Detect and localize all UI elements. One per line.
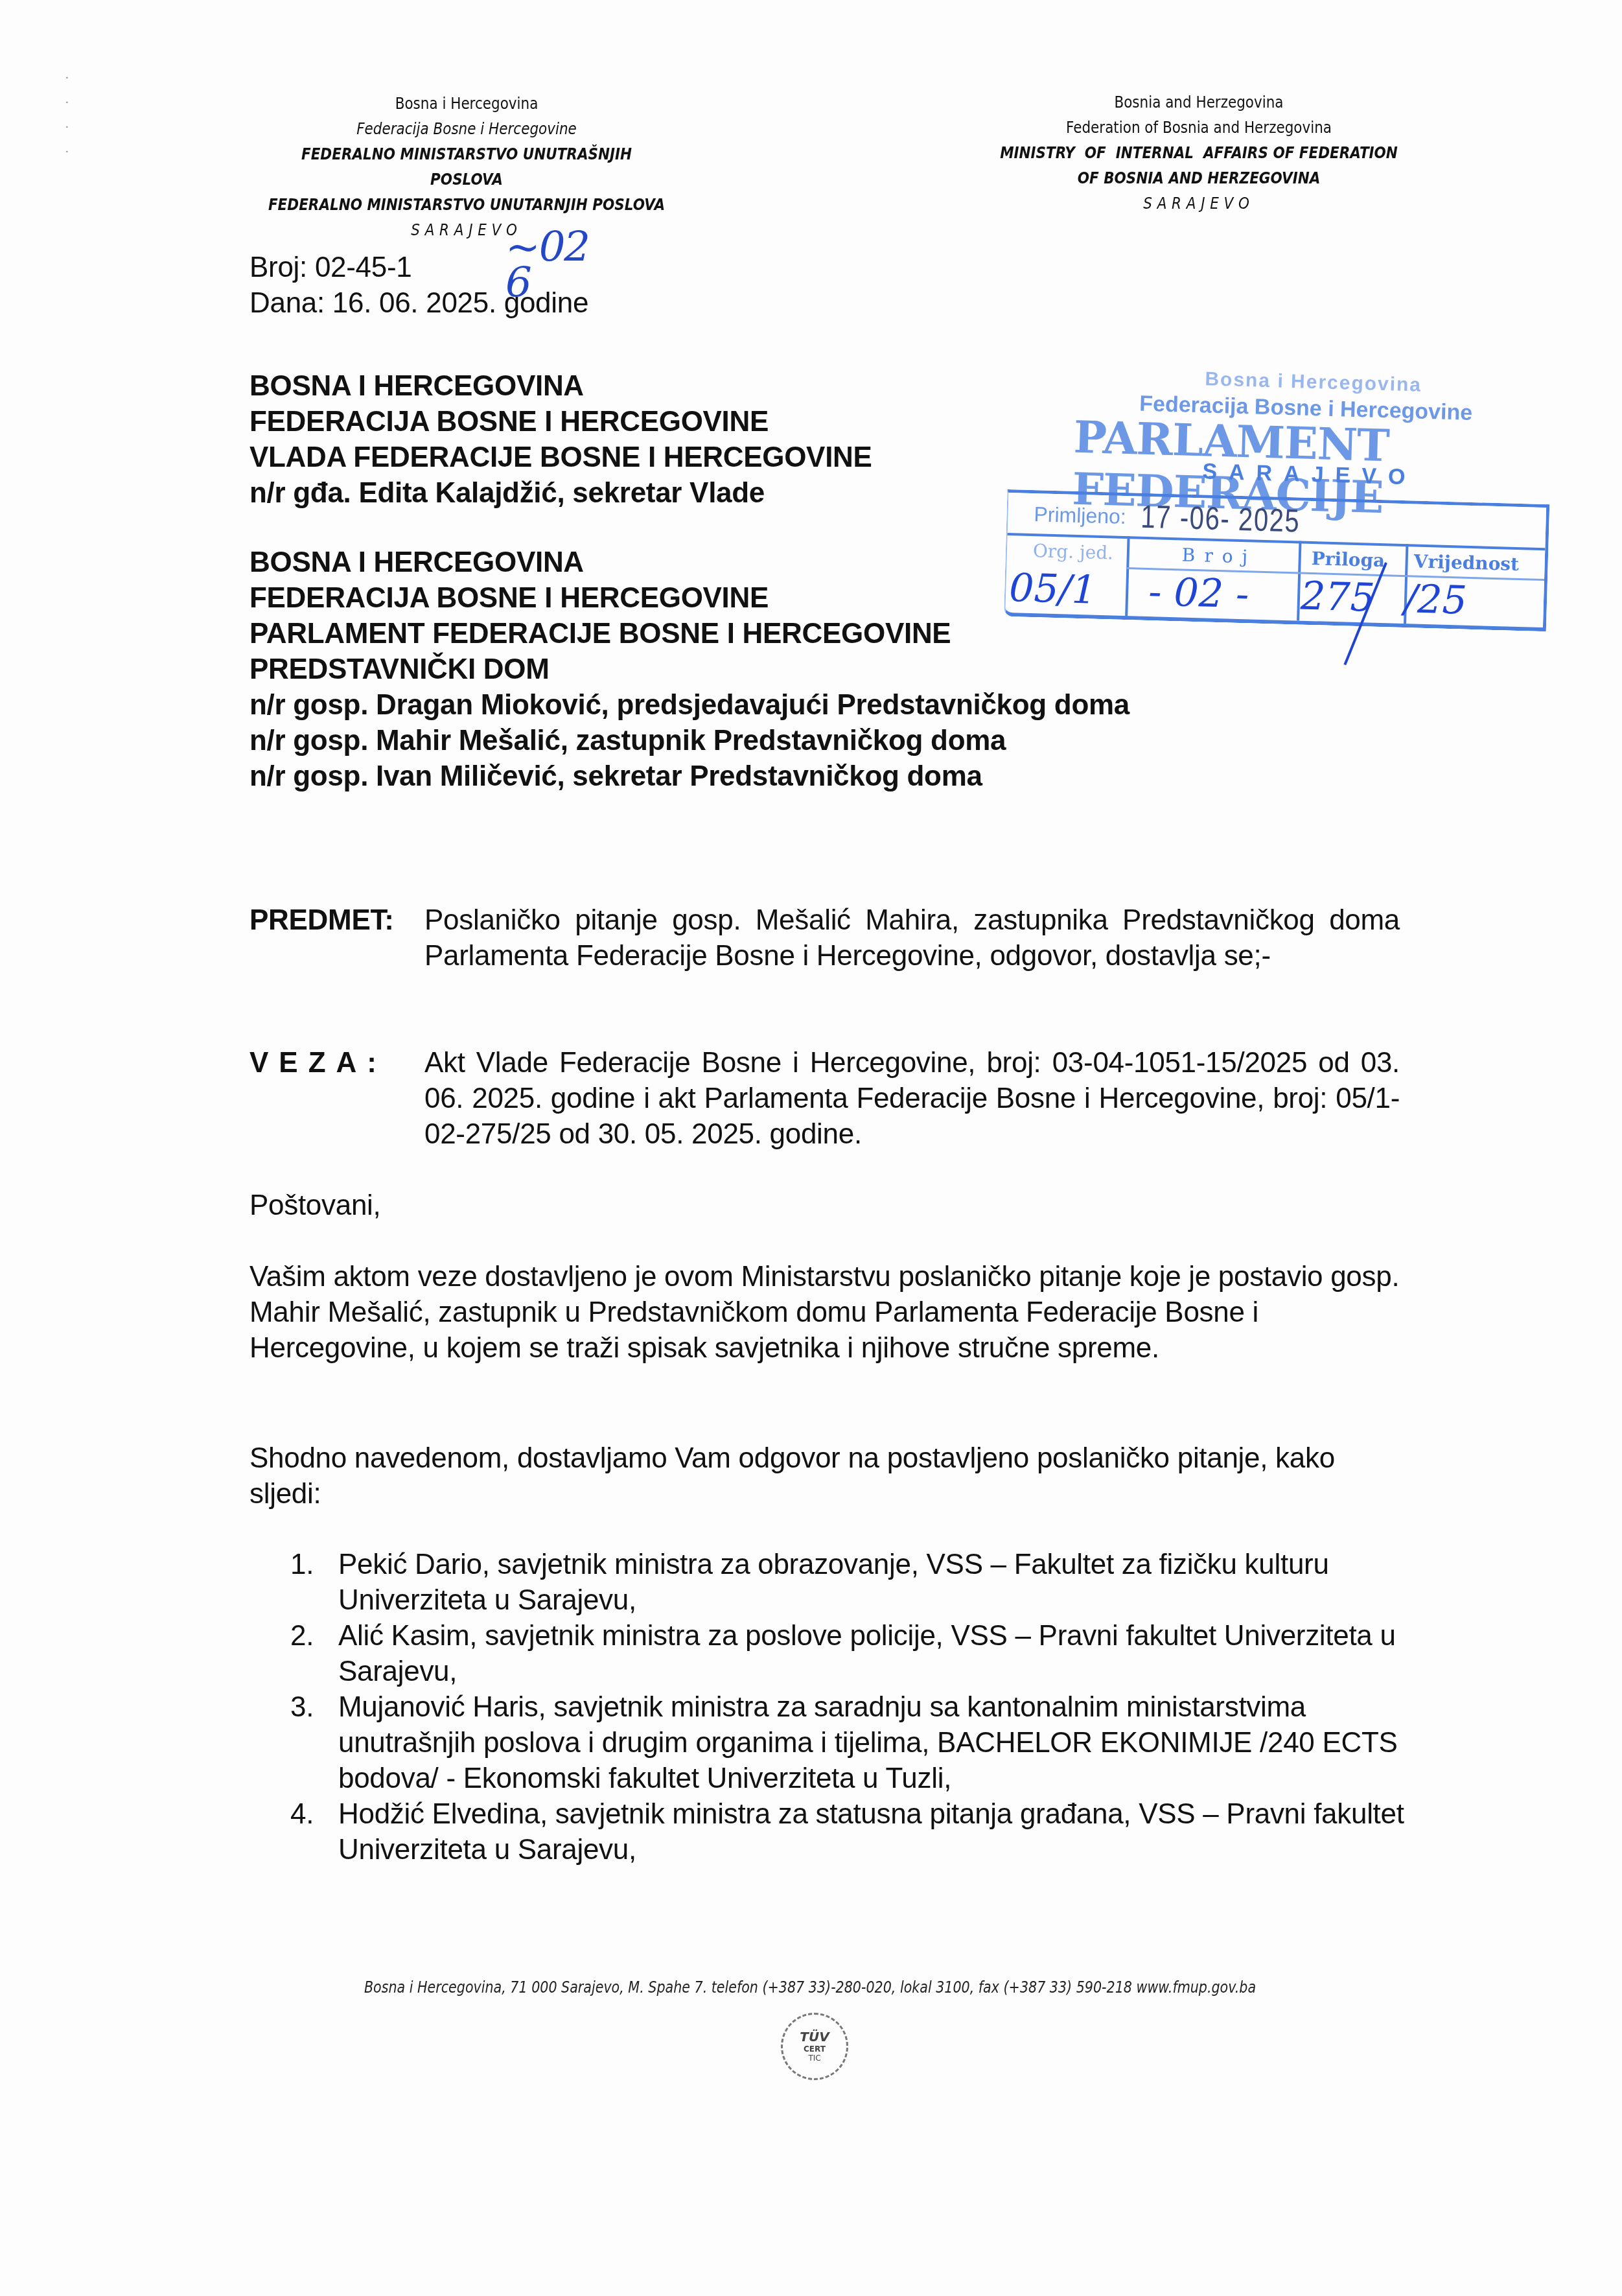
recipient-line: FEDERACIJA BOSNE I HERCEGOVINE — [249, 404, 872, 439]
letterhead-local: Bosna i Hercegovina Federacija Bosne i H… — [266, 91, 667, 242]
letterhead-ministry-en-1: MINISTRY OF INTERNAL AFFAIRS OF FEDERATI… — [987, 140, 1411, 165]
veza-text: Akt Vlade Federacije Bosne i Hercegovine… — [424, 1045, 1400, 1152]
recipient-line: BOSNA I HERCEGOVINA — [249, 545, 1130, 580]
handwritten-number: ~02 6 — [505, 230, 589, 301]
stamp-value-org: 05/1 — [1008, 565, 1097, 613]
reference-block: Broj: 02-45-1 ~02 6 Dana: 16. 06. 2025. … — [249, 250, 588, 321]
recipient-line: PREDSTAVNIČKI DOM — [249, 651, 1130, 687]
list-item: 1. Pekić Dario, savjetnik ministra za ob… — [290, 1547, 1405, 1618]
list-item: 3. Mujanović Haris, savjetnik ministra z… — [290, 1689, 1405, 1796]
recipient-line: BOSNA I HERCEGOVINA — [249, 368, 872, 404]
list-item: 2. Alić Kasim, savjetnik ministra za pos… — [290, 1618, 1405, 1689]
letterhead-country: Bosna i Hercegovina — [266, 91, 667, 116]
subject-label: PREDMET: — [249, 902, 424, 974]
list-text: Pekić Dario, savjetnik ministra za obraz… — [338, 1547, 1405, 1618]
list-text: Mujanović Haris, savjetnik ministra za s… — [338, 1689, 1405, 1796]
greeting: Poštovani, — [249, 1188, 380, 1223]
letterhead-federation: Federacija Bosne i Hercegovine — [266, 116, 667, 141]
cert-logo: TÜV — [783, 2029, 846, 2044]
reference-link-block: VEZA: Akt Vlade Federacije Bosne i Herce… — [249, 1045, 1403, 1152]
cert-label: CERT — [783, 2044, 846, 2054]
stamp-col-org: Org. jed. — [1032, 540, 1113, 563]
stamp-received-date: 17 -06- 2025 — [1141, 498, 1301, 540]
letterhead-ministry-2: FEDERALNO MINISTARSTVO UNUTARNJIH POSLOV… — [266, 192, 667, 217]
margin-scan-marks: ···· — [65, 65, 78, 169]
body-paragraph-2: Shodno navedenom, dostavljamo Vam odgovo… — [249, 1440, 1403, 1512]
footer-address: Bosna i Hercegovina, 71 000 Sarajevo, M.… — [325, 1978, 1295, 1997]
receipt-stamp: Bosna i Hercegovina Federacija Bosne i H… — [1003, 363, 1562, 664]
subject-text: Poslaničko pitanje gosp. Mešalić Mahira,… — [424, 902, 1400, 974]
stamp-value-broj: - 02 - — [1148, 569, 1249, 617]
recipient-government: BOSNA I HERCEGOVINA FEDERACIJA BOSNE I H… — [249, 368, 872, 511]
list-item: 4. Hodžić Elvedina, savjetnik ministra z… — [290, 1796, 1405, 1868]
stamp-column-divider — [1125, 536, 1130, 616]
body-paragraph-1: Vašim aktom veze dostavljeno je ovom Min… — [249, 1259, 1403, 1366]
stamp-country: Bosna i Hercegovina — [1205, 368, 1422, 396]
stamp-value-vrijednost: /25 — [1404, 576, 1467, 624]
recipient-line: FEDERACIJA BOSNE I HERCEGOVINE — [249, 580, 1130, 616]
list-number: 3. — [290, 1689, 338, 1796]
stamp-col-vrijednost: Vrijednost — [1413, 550, 1519, 575]
letterhead-ministry-en-2: OF BOSNIA AND HERZEGOVINA — [987, 165, 1411, 191]
stamp-received-label: Primljeno: — [1034, 502, 1126, 529]
letterhead-city: SARAJEVO — [266, 217, 667, 242]
cert-issuer: TIC — [783, 2054, 846, 2063]
certification-seal-icon: TÜV CERT TIC — [781, 2013, 848, 2080]
letterhead-city-en: SARAJEVO — [987, 191, 1411, 216]
list-text: Hodžić Elvedina, savjetnik ministra za s… — [338, 1796, 1405, 1868]
recipient-parliament: BOSNA I HERCEGOVINA FEDERACIJA BOSNE I H… — [249, 545, 1130, 794]
stamp-col-priloga: Priloga — [1311, 548, 1385, 571]
list-text: Alić Kasim, savjetnik ministra za poslov… — [338, 1618, 1405, 1689]
veza-label: VEZA: — [249, 1045, 424, 1152]
recipient-line: n/r gđa. Edita Kalajdžić, sekretar Vlade — [249, 475, 872, 511]
letterhead-federation-en: Federation of Bosnia and Herzegovina — [987, 115, 1411, 140]
list-number: 2. — [290, 1618, 338, 1689]
letterhead-english: Bosnia and Herzegovina Federation of Bos… — [987, 89, 1411, 216]
stamp-table: Primljeno: 17 -06- 2025 Org. jed. Broj P… — [1004, 489, 1549, 631]
list-number: 4. — [290, 1796, 338, 1868]
subject-block: PREDMET: Poslaničko pitanje gosp. Mešali… — [249, 902, 1403, 974]
recipient-line: n/r gosp. Ivan Miličević, sekretar Preds… — [249, 758, 1130, 794]
stamp-col-broj: Broj — [1181, 544, 1257, 567]
recipient-line: VLADA FEDERACIJE BOSNE I HERCEGOVINE — [249, 439, 872, 475]
recipient-line: n/r gosp. Dragan Mioković, predsjedavaju… — [249, 687, 1130, 723]
recipient-line: PARLAMENT FEDERACIJE BOSNE I HERCEGOVINE — [249, 616, 1130, 651]
list-number: 1. — [290, 1547, 338, 1618]
letterhead-country-en: Bosnia and Herzegovina — [987, 89, 1411, 115]
recipient-line: n/r gosp. Mahir Mešalić, zastupnik Preds… — [249, 723, 1130, 758]
advisor-list: 1. Pekić Dario, savjetnik ministra za ob… — [290, 1547, 1405, 1868]
letterhead-ministry-1: FEDERALNO MINISTARSTVO UNUTRAŠNJIH POSLO… — [266, 141, 667, 192]
